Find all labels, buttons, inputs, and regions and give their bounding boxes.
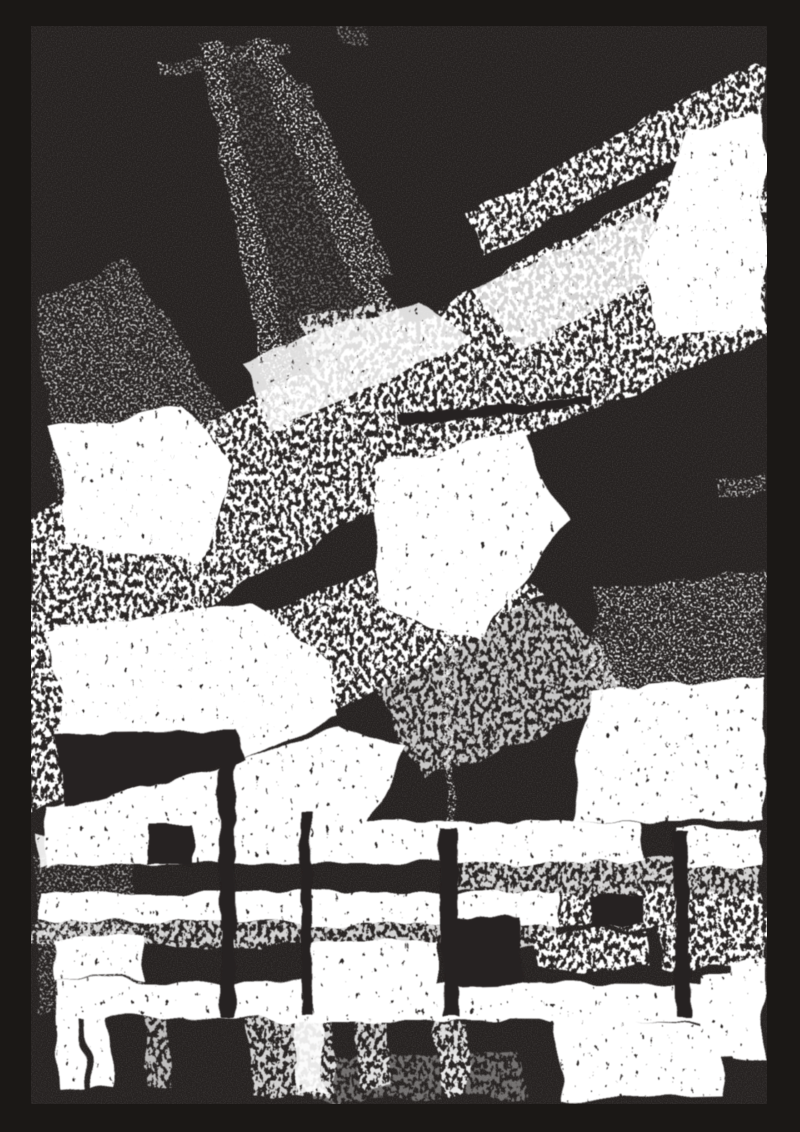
frame-right	[767, 0, 800, 1132]
ground-dots	[308, 1054, 524, 1100]
frame-bottom	[0, 1104, 800, 1132]
column-d3	[294, 1010, 326, 1094]
column-d1	[56, 994, 84, 1090]
frame-top	[0, 0, 800, 26]
photo-canvas	[0, 0, 800, 1132]
pole-1-dark	[219, 732, 236, 1016]
right-lower-mass	[570, 676, 764, 822]
row-patch-1	[52, 936, 144, 980]
slab-bottom	[56, 980, 764, 1022]
top-center-dots	[336, 24, 368, 46]
column-d2	[86, 1006, 112, 1088]
slab-top-seg-2	[676, 828, 764, 868]
row-patch-2	[306, 940, 438, 986]
row-segment-1	[536, 930, 648, 970]
column-d4	[700, 976, 734, 1060]
pole-4-dark	[674, 830, 690, 1016]
slab-top-gap	[148, 824, 192, 864]
slab-top-seg-3	[36, 834, 92, 866]
frame-left	[0, 0, 31, 1132]
pole-2-dark	[301, 812, 312, 1016]
column-m1	[146, 1012, 176, 1086]
window-gap-1	[456, 916, 522, 986]
bottom-right-mass	[556, 1018, 724, 1100]
photo-frame	[0, 0, 800, 1132]
window-gap-2	[590, 894, 644, 926]
